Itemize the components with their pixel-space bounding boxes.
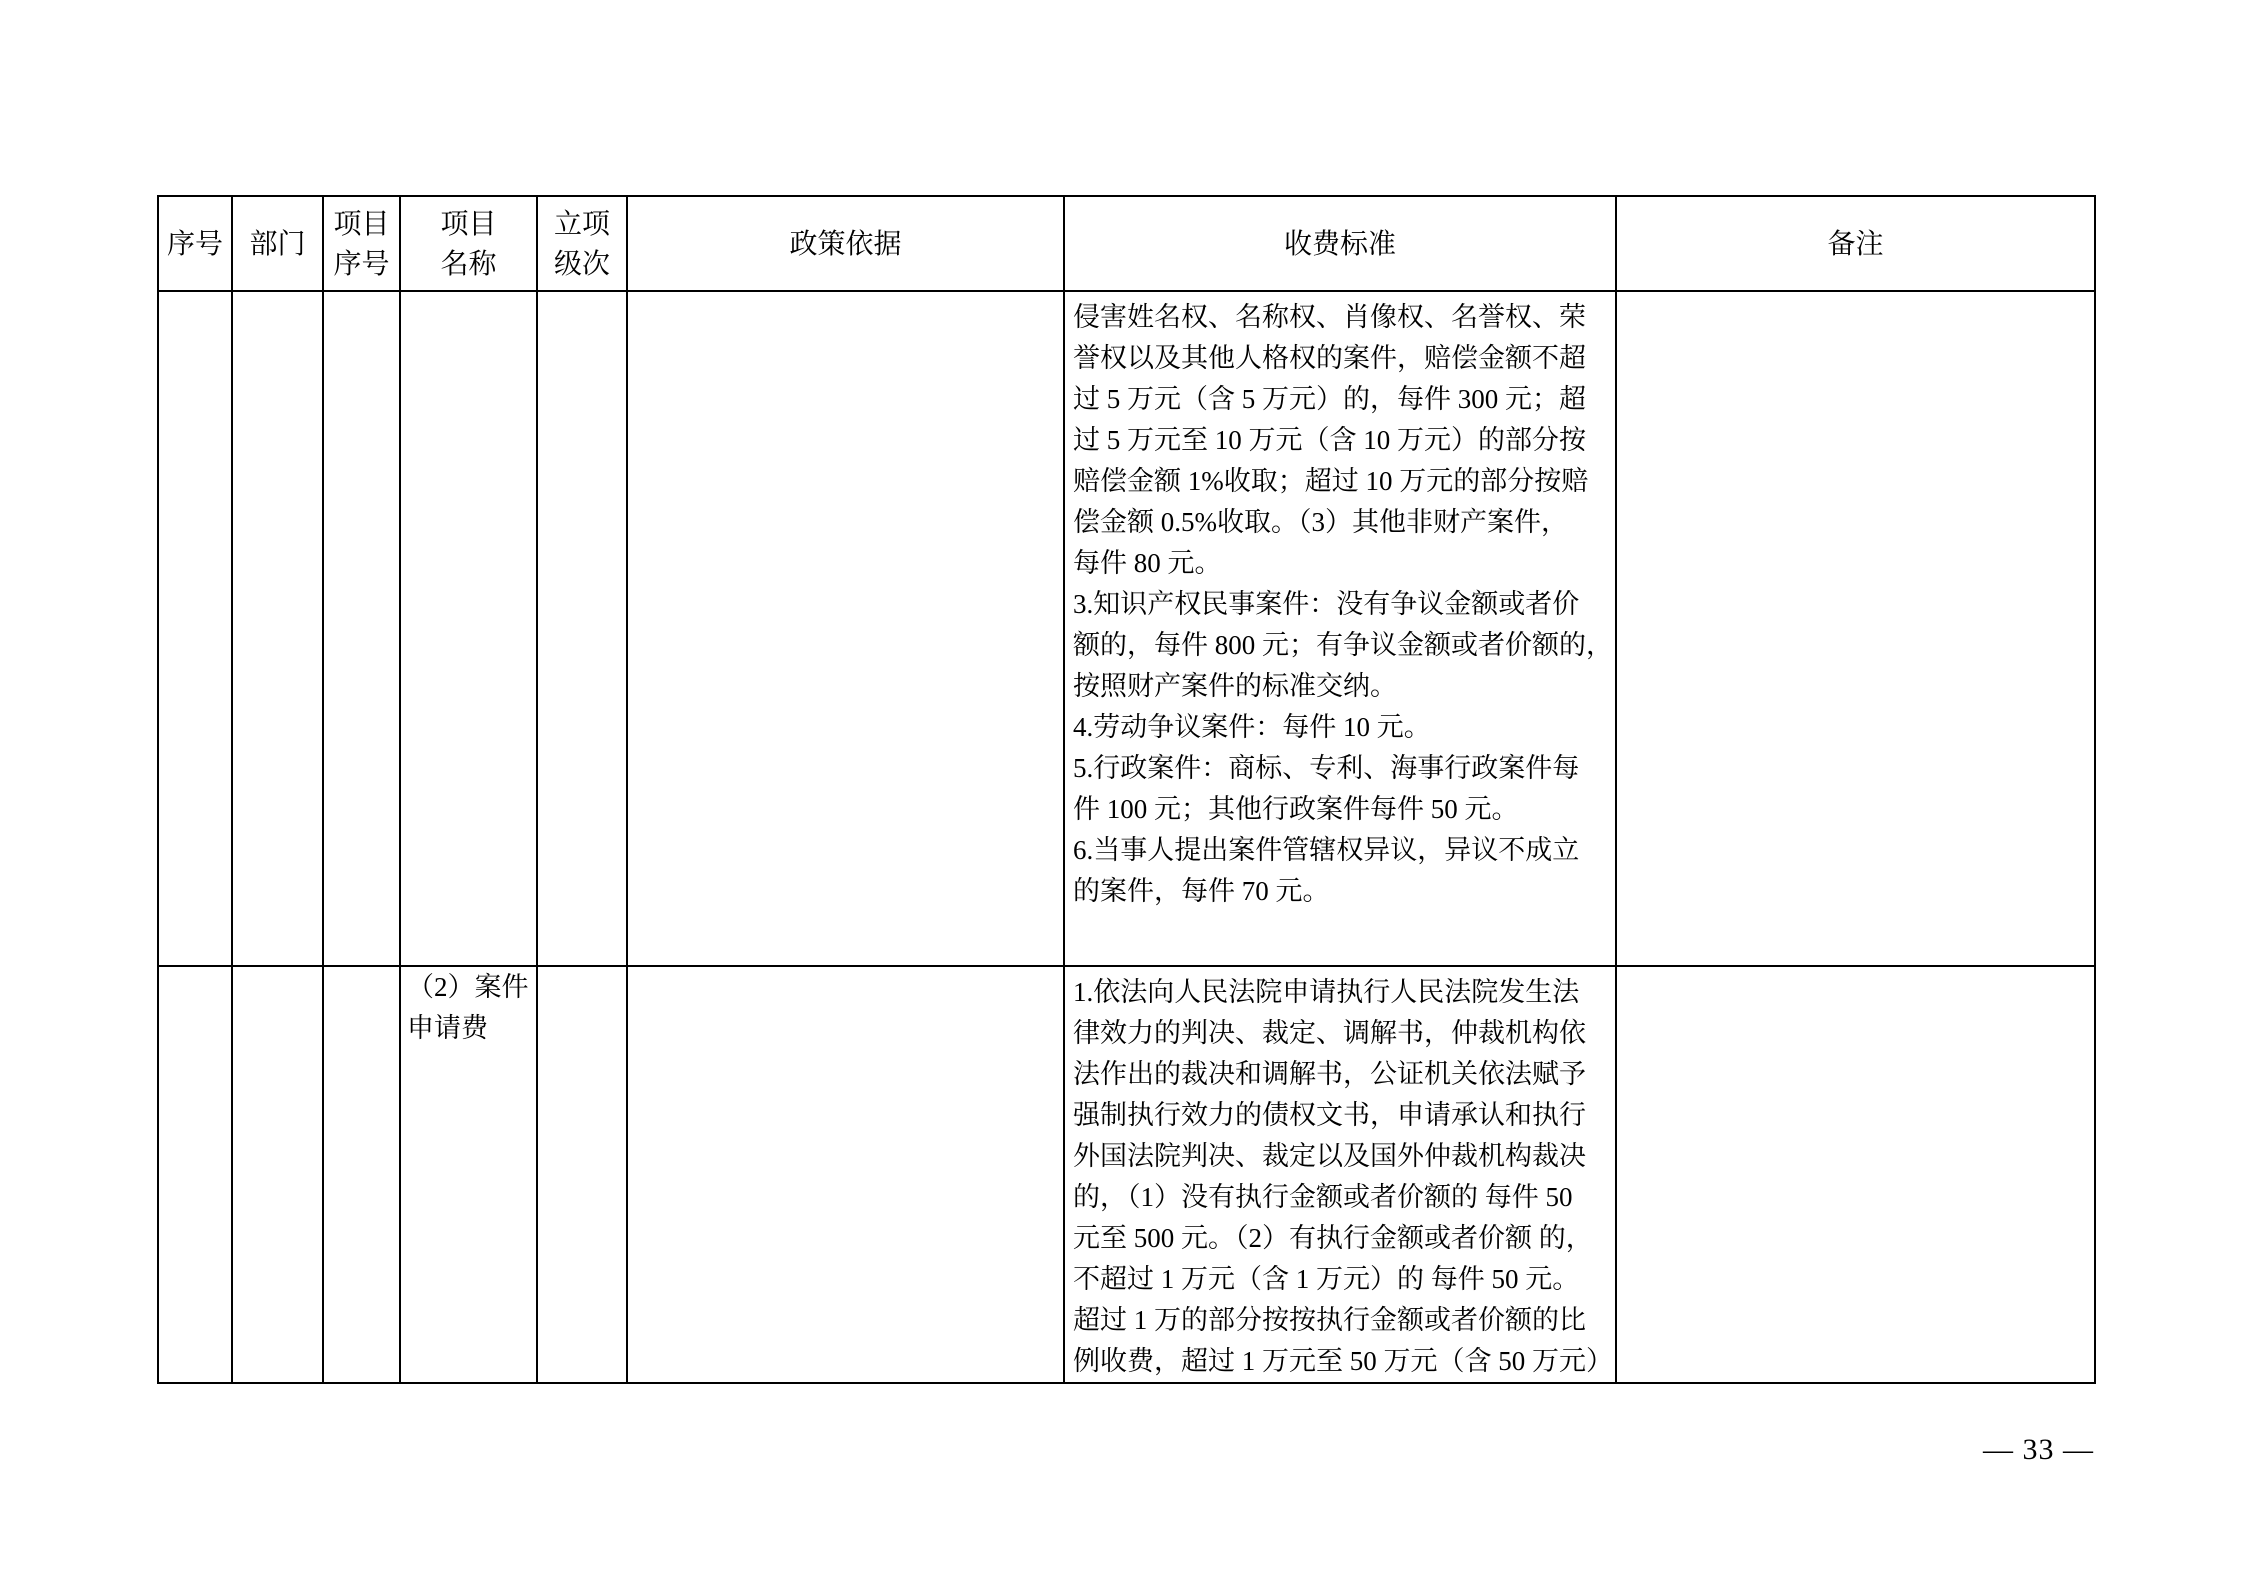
cell-fee-standard: 侵害姓名权、名称权、肖像权、名誉权、荣誉权以及其他人格权的案件，赔偿金额不超过 … [1064, 291, 1616, 966]
column-header-department: 部门 [232, 196, 323, 291]
column-header-approval-level: 立项级次 [537, 196, 627, 291]
cell-project-serial [323, 966, 400, 1383]
cell-policy-basis [627, 966, 1064, 1383]
table-header-row: 序号 部门 项目序号 项目名称 立项级次 政策依据 收费标准 备注 [158, 196, 2095, 291]
column-header-policy-basis: 政策依据 [627, 196, 1064, 291]
column-header-fee-standard: 收费标准 [1064, 196, 1616, 291]
cell-remarks [1616, 291, 2095, 966]
column-header-serial: 序号 [158, 196, 232, 291]
column-header-project-serial: 项目序号 [323, 196, 400, 291]
cell-department [232, 291, 323, 966]
fee-standard-text: 侵害姓名权、名称权、肖像权、名誉权、荣誉权以及其他人格权的案件，赔偿金额不超过 … [1065, 292, 1615, 912]
column-header-project-name: 项目名称 [400, 196, 537, 291]
cell-department [232, 966, 323, 1383]
cell-project-serial [323, 291, 400, 966]
cell-approval-level [537, 291, 627, 966]
cell-policy-basis [627, 291, 1064, 966]
cell-serial [158, 966, 232, 1383]
document-page: 序号 部门 项目序号 项目名称 立项级次 政策依据 收费标准 备注 侵害姓名权、… [0, 0, 2246, 1588]
table-row: （2）案件申请费 1.依法向人民法院申请执行人民法院发生法律效力的判决、裁定、调… [158, 966, 2095, 1383]
cell-fee-standard: 1.依法向人民法院申请执行人民法院发生法律效力的判决、裁定、调解书，仲裁机构依法… [1064, 966, 1616, 1383]
cell-serial [158, 291, 232, 966]
fee-standards-table: 序号 部门 项目序号 项目名称 立项级次 政策依据 收费标准 备注 侵害姓名权、… [157, 195, 2096, 1384]
page-number: — 33 — [1983, 1433, 2094, 1467]
fee-standard-text: 1.依法向人民法院申请执行人民法院发生法律效力的判决、裁定、调解书，仲裁机构依法… [1065, 967, 1615, 1382]
cell-approval-level [537, 966, 627, 1383]
cell-project-name: （2）案件申请费 [400, 966, 537, 1383]
table-row: 侵害姓名权、名称权、肖像权、名誉权、荣誉权以及其他人格权的案件，赔偿金额不超过 … [158, 291, 2095, 966]
cell-project-name [400, 291, 537, 966]
project-name-text: （2）案件申请费 [401, 967, 536, 1049]
column-header-remarks: 备注 [1616, 196, 2095, 291]
cell-remarks [1616, 966, 2095, 1383]
